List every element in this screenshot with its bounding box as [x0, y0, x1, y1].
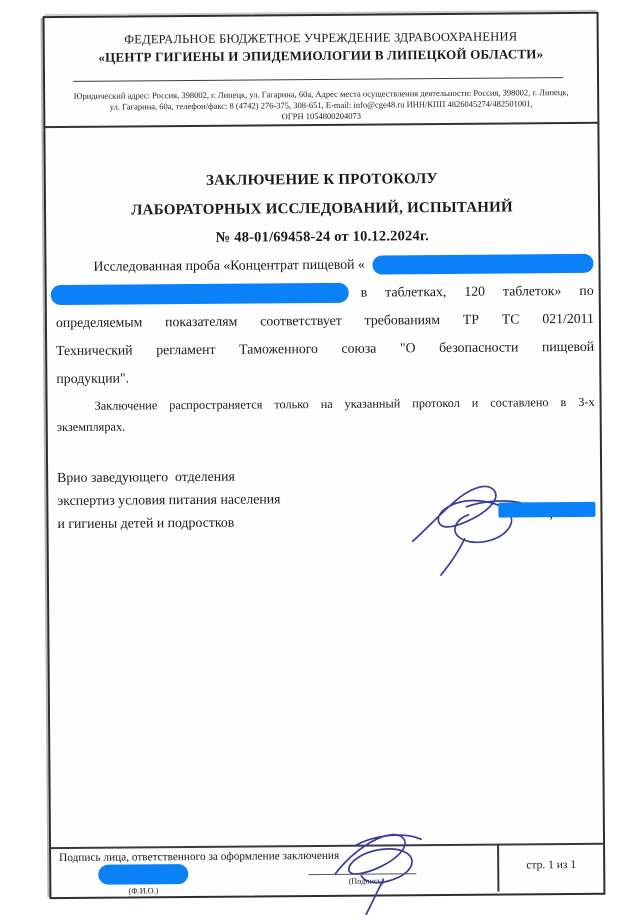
redaction-bar-product-name-1: [373, 253, 594, 274]
redaction-bar-product-name-2: [51, 283, 349, 305]
page-indicator: стр. 1 из 1: [497, 859, 605, 872]
body-line-3: определяемым показателям соответствует т…: [56, 309, 594, 333]
body-line-2: в таблетках, 120 таблеток» по: [51, 281, 594, 305]
body-line-1: Исследованная проба «Концентрат пищевой …: [55, 253, 593, 277]
body-line-5: продукции".: [56, 365, 594, 389]
signer-position-line2: экспертиз условия питания населения: [57, 489, 280, 511]
document-page: ФЕДЕРАЛЬНОЕ БЮДЖЕТНОЕ УЧРЕЖДЕНИЕ ЗДРАВОО…: [0, 0, 636, 915]
body-line-1-text: Исследованная проба «Концентрат пищевой …: [55, 255, 365, 277]
signer-position-line1: Врио заведующего отделения: [57, 467, 235, 488]
page-border: [43, 12, 606, 899]
redaction-bar-signer-name: [498, 502, 595, 518]
fio-caption: (Ф.И.О.): [88, 886, 198, 896]
signature-scribble-main: [408, 476, 569, 577]
signature-scribble-footer: [325, 829, 438, 915]
ink-mark: ,: [549, 506, 552, 522]
signer-position-line3: и гигиены детей и подростков: [57, 513, 234, 534]
redaction-bar-fio: [98, 864, 188, 885]
body-line-4: Технический регламент Таможенного союза …: [56, 337, 594, 361]
scanned-sheet: ФЕДЕРАЛЬНОЕ БЮДЖЕТНОЕ УЧРЕЖДЕНИЕ ЗДРАВОО…: [0, 0, 636, 915]
body-line-2-text: в таблетках, 120 таблеток» по: [349, 281, 594, 303]
